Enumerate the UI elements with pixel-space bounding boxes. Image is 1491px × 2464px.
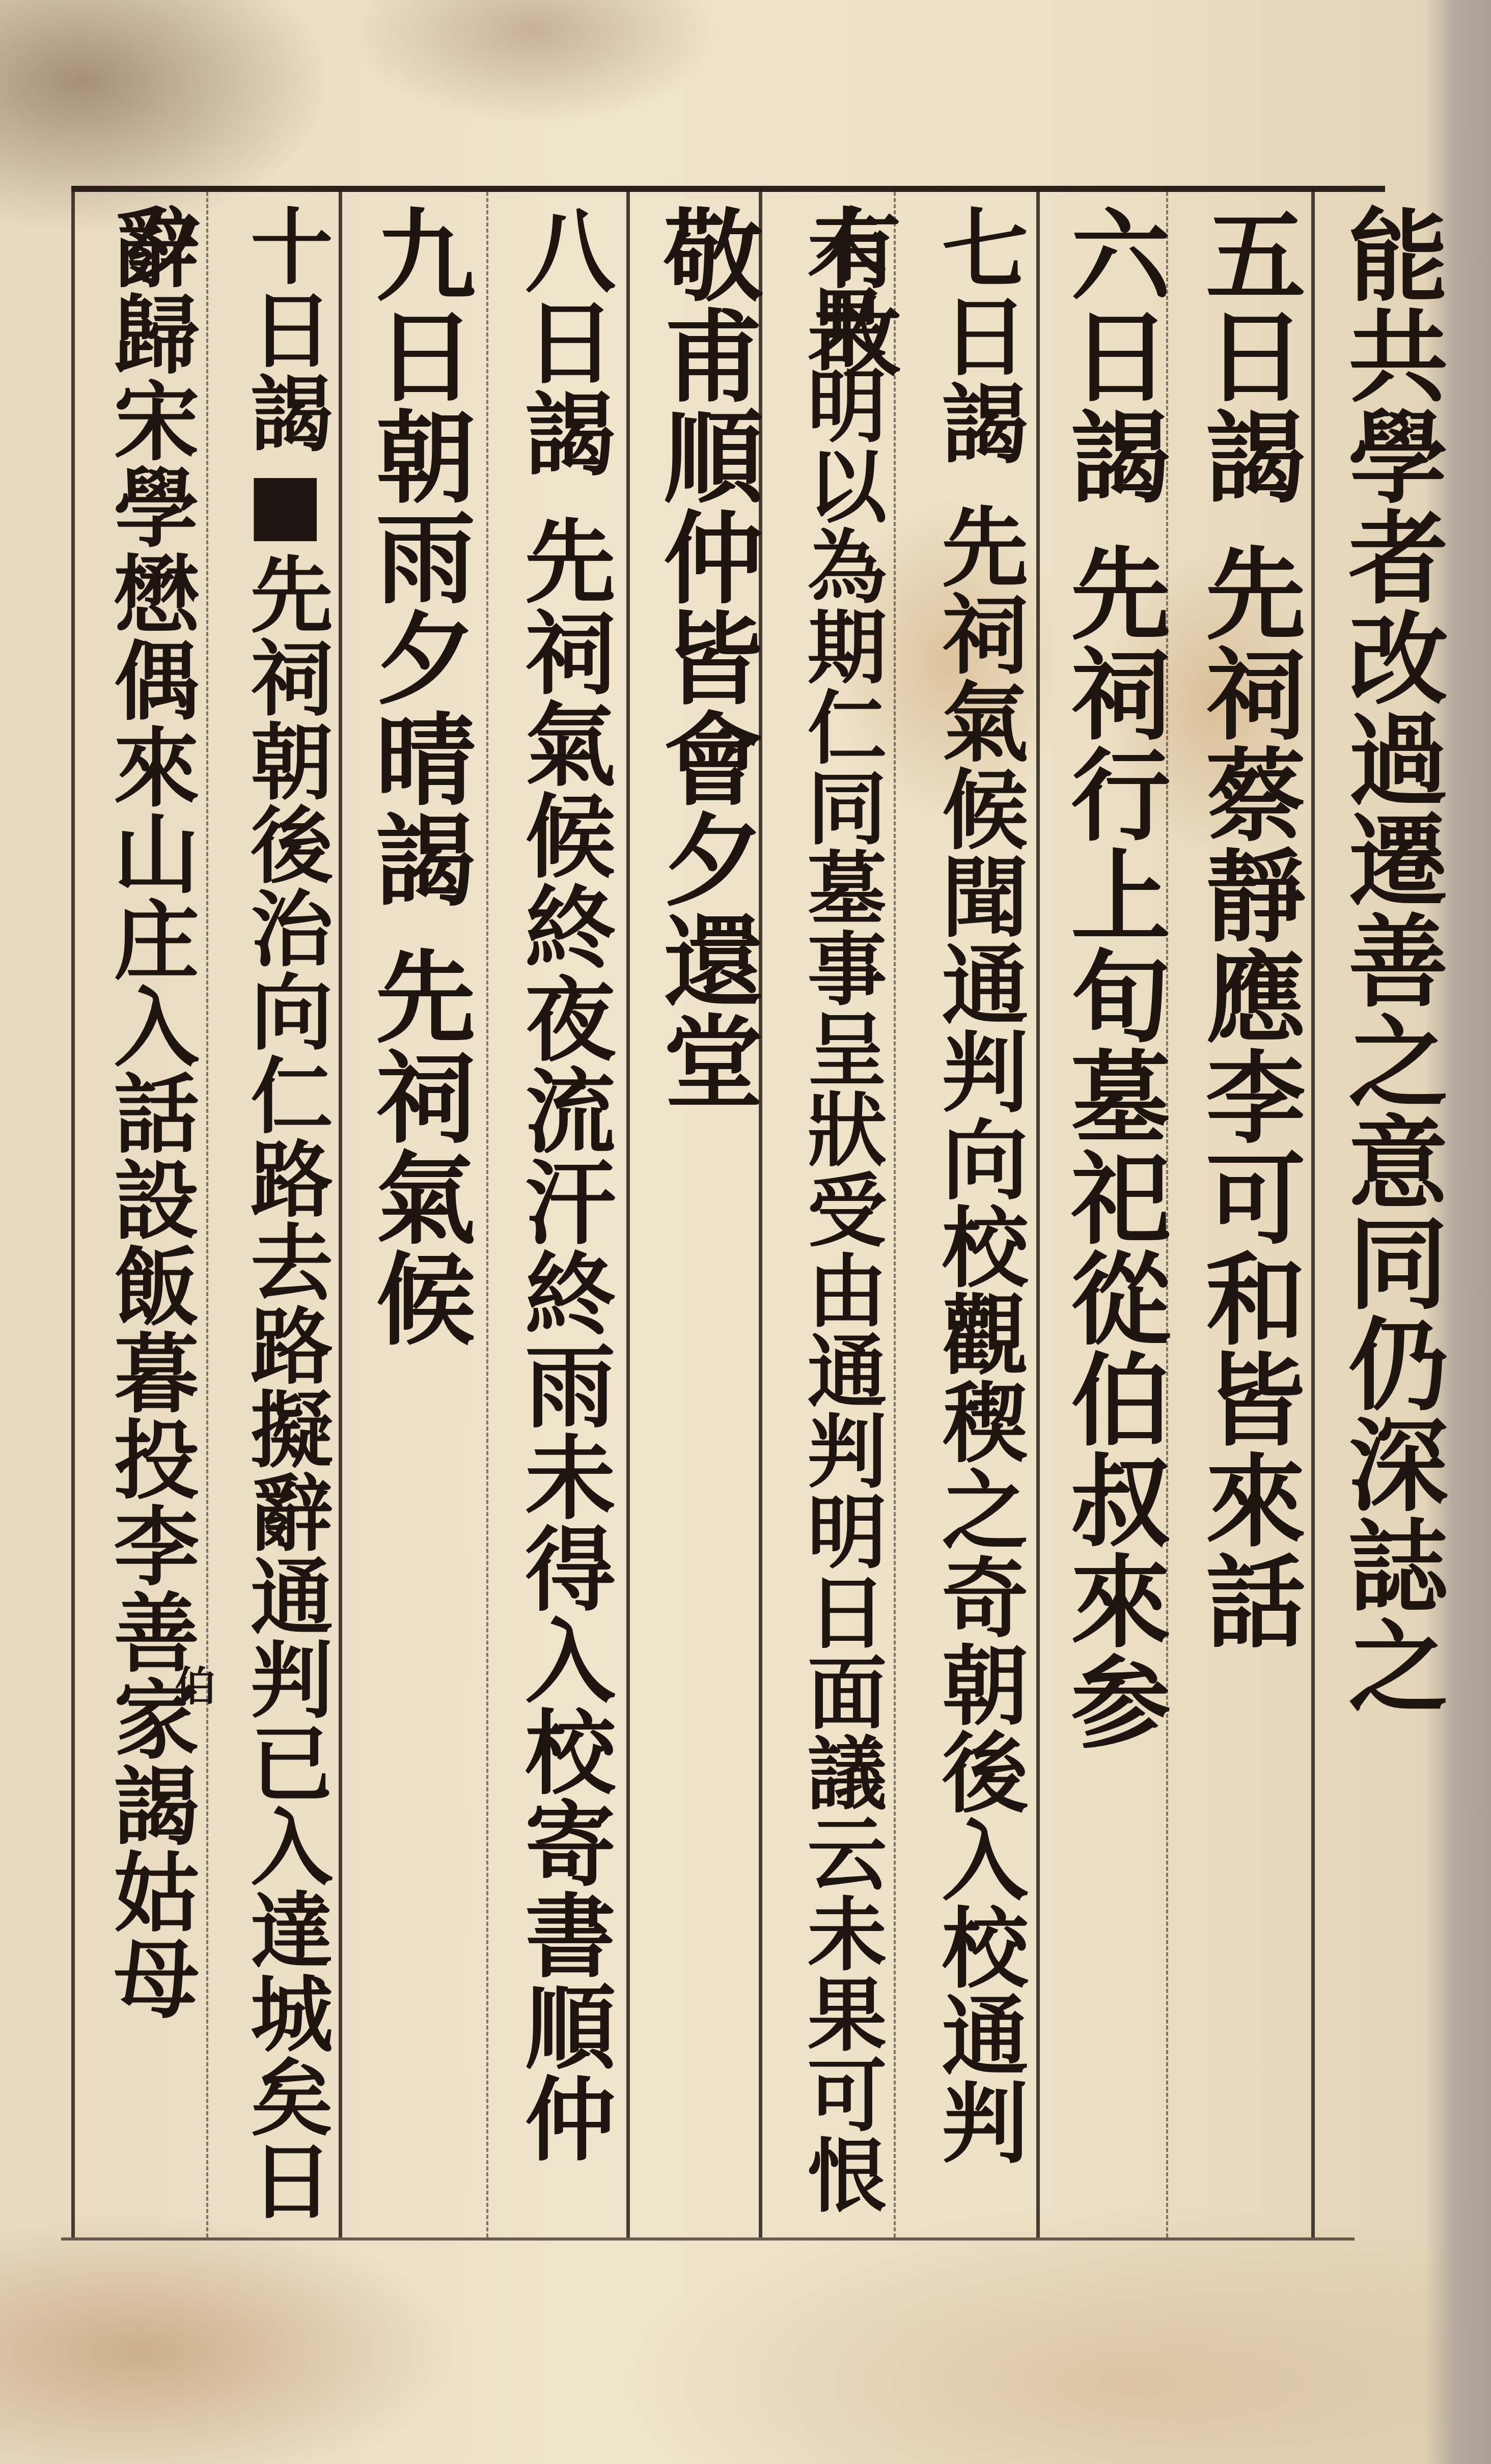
date-entry-head: 八日謁 — [510, 204, 616, 479]
text-column-7: 八日謁先祠氣候終夜流汗終雨未得入校寄書順仲 — [496, 204, 629, 2230]
interlinear-note: 伯 — [163, 1665, 222, 1705]
date-entry-head: 十日謁■ — [237, 204, 334, 552]
frame-top-border — [71, 186, 1385, 192]
column-text: 先祠氣候 — [359, 945, 476, 1348]
date-entry-head: 九日朝雨夕晴謁 — [359, 204, 476, 909]
column-rule — [486, 186, 488, 2237]
column-rule — [71, 186, 75, 2237]
frame-bottom-border — [61, 2237, 1355, 2241]
text-column-1: 能共學者改過遷善之意同仍深誌之 — [1324, 204, 1456, 2230]
column-text: 辭歸宋學懋偶來山庄入話設飯暮投李善家謁姑母 — [100, 204, 201, 2021]
column-text: 敬甫順仲皆會夕還堂 — [647, 204, 764, 1111]
text-column-5: 未果明以為期仁同墓事呈狀受由通判明日面議云未果可恨 — [771, 204, 904, 2230]
column-text: 先祠氣候終夜流汗終雨未得入校寄書順仲 — [510, 514, 616, 2164]
text-column-10: 辭歸宋學懋偶來山庄入話設飯暮投李善家謁姑母 — [81, 204, 214, 2230]
column-text: 先祠行上旬墓祀從伯叔來参 — [1054, 542, 1171, 1751]
column-text: 能共學者改過遷善之意同仍深誌之 — [1332, 204, 1449, 1716]
text-column-8: 九日朝雨夕晴謁先祠氣候 — [351, 204, 484, 2230]
text-column-6: 敬甫順仲皆會夕還堂 — [639, 204, 771, 2230]
text-column-9: 十日謁■先祠朝後治向仁路去路擬辭通判已入達城矣日夕 — [216, 204, 349, 2230]
column-text: 先祠蔡靜應李可和皆來話 — [1189, 542, 1306, 1650]
text-column-2: 五日謁先祠蔡靜應李可和皆來話 — [1181, 204, 1314, 2230]
text-column-3: 六日謁先祠行上旬墓祀從伯叔來参 — [1046, 204, 1179, 2230]
column-text: 未果明以為期仁同墓事呈狀受由通判明日面議云未果可恨 — [794, 204, 887, 2215]
manuscript-page: 能共學者改過遷善之意同仍深誌之 五日謁先祠蔡靜應李可和皆來話 六日謁先祠行上旬墓… — [0, 0, 1491, 2464]
date-entry-head: 六日謁 — [1054, 204, 1171, 506]
date-entry-head: 五日謁 — [1189, 204, 1306, 506]
date-entry-head: 七日謁 — [927, 204, 1029, 466]
text-column-4: 七日謁先祠氣候聞通判向校觀稧之奇朝後入校通判有故 — [909, 204, 1041, 2230]
